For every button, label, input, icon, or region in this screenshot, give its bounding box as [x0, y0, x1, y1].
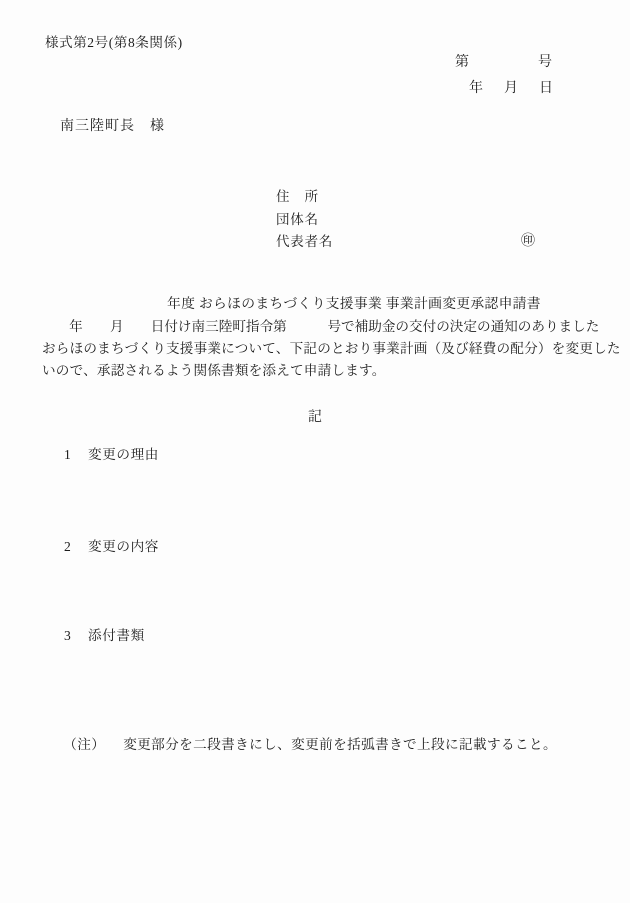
application-form-page: 様式第2号(第8条関係) 第 号 年 月 日 南三陸町長 様 住 所 団体名 代… — [0, 0, 630, 903]
date-line: 年 月 日 — [469, 81, 553, 97]
body-paragraph-line: いので、承認されるよう関係書類を添えて申請します。 — [42, 363, 385, 379]
document-title: 年度 おらほのまちづくり支援事業 事業計画変更承認申請書 — [167, 296, 541, 312]
item-label: 変更の理由 — [88, 447, 159, 462]
seal-icon: ㊞ — [521, 234, 535, 250]
date-day-label: 日 — [539, 81, 553, 97]
item-number: 3 — [64, 628, 78, 644]
item-number: 2 — [64, 539, 78, 555]
footnote-text: 変更部分を二段書きにし、変更前を括弧書きで上段に記載すること。 — [123, 737, 557, 752]
applicant-address-label: 住 所 — [276, 189, 319, 205]
item-label: 添付書類 — [88, 628, 145, 643]
list-item-change-content: 2変更の内容 — [48, 523, 159, 570]
date-year-label: 年 — [469, 81, 483, 97]
doc-number-prefix: 第 — [455, 55, 469, 71]
document-number-line: 第 号 — [455, 55, 552, 71]
addressee-line: 南三陸町長 様 — [60, 119, 165, 135]
body-paragraph-line: おらほのまちづくり支援事業について、下記のとおり事業計画（及び経費の配分）を変更… — [42, 341, 621, 357]
body-paragraph-line: 年 月 日付け南三陸町指令第 号で補助金の交付の決定の通知のありました — [42, 319, 599, 335]
applicant-organization-label: 団体名 — [276, 212, 319, 228]
item-number: 1 — [64, 447, 78, 463]
date-month-label: 月 — [504, 81, 518, 97]
footnote-prefix: （注） — [63, 737, 105, 752]
form-style-label: 様式第2号(第8条関係) — [45, 35, 183, 51]
footnote: （注）変更部分を二段書きにし、変更前を括弧書きで上段に記載すること。 — [48, 721, 557, 768]
applicant-representative-label: 代表者名 — [276, 234, 333, 250]
doc-number-suffix: 号 — [538, 55, 552, 71]
item-label: 変更の内容 — [88, 539, 159, 554]
list-item-change-reason: 1変更の理由 — [48, 431, 159, 478]
list-item-attachments: 3添付書類 — [48, 612, 145, 659]
record-heading: 記 — [0, 410, 630, 426]
